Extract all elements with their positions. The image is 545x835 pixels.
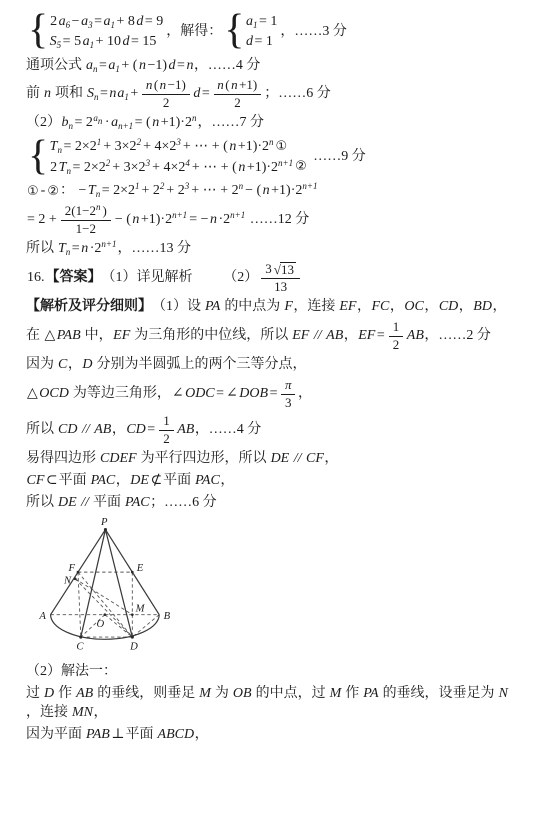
geometry-figure-wrap: P A B F E N M O C D (36, 515, 529, 660)
fraction-numerator: π (281, 378, 295, 395)
text-run: ，……7 分 (197, 114, 264, 133)
line-plane-subset-step: CF⊂平面 PAC，DE⊄平面 PAC， (26, 472, 529, 491)
label-O: O (96, 619, 104, 630)
subscript: n (66, 247, 71, 257)
line-bn-formula: （2）bn= 2an·an+1= (n+1)·2n，……7 分 (26, 114, 529, 133)
math-variable: PAB (86, 726, 111, 745)
text-run: （1）详见解析 (102, 269, 193, 288)
superscript: 2 (106, 158, 111, 168)
line-tn-result: 所以 Tn=n·2n+1，……13 分 (26, 240, 529, 259)
math-variable: a1 (117, 85, 130, 104)
text-run: 平面 (93, 494, 125, 513)
math-operator: + 10 (95, 32, 122, 52)
math-operator: + ⋯ + ( (191, 158, 238, 178)
math-variable: a6 (58, 12, 71, 32)
fraction: n(n−1)2 (142, 78, 190, 111)
cases-rows: 2a6−a3=a1+ 8d= 9S5= 5a1+ 10d= 15 (49, 12, 164, 53)
math-variable: Tn (58, 158, 71, 178)
line-subtract-line: ①-②： −Tn= 2×21+ 22+ 23+ ⋯ + 2n− (n+1)·2n… (26, 182, 529, 201)
math-operator: + 22 (140, 182, 165, 201)
math-operator: +1)·2n+1 (140, 211, 188, 230)
subscript: 1 (253, 20, 258, 30)
math-operator: ·2n+1 (217, 211, 246, 230)
math-variable: n (44, 85, 52, 104)
math-operator: 2 (392, 338, 401, 353)
line-cd-parallel-step: 所以 CD // AB，CD=12AB，……4 分 (26, 414, 529, 447)
text-run: ；……6 分 (150, 494, 217, 513)
math-variable: n (132, 211, 140, 230)
line-analysis-intro: 【解析及评分细则】（1）设 PA 的中点为 F，连接 EF，FC，OC，CD，B… (26, 298, 529, 317)
label-A: A (38, 612, 46, 623)
math-variable: n (217, 78, 225, 93)
math-variable: // (78, 421, 94, 440)
math-operator: +1)·2n+1 (246, 158, 294, 178)
text-run: 易得四边形 (26, 450, 100, 469)
fraction: 2(1−2n)1−2 (61, 204, 111, 237)
text-run: 所以 (26, 240, 58, 259)
fraction: 3√1313 (261, 262, 300, 296)
math-operator: = (269, 385, 279, 404)
math-variable: CD (438, 298, 458, 317)
fraction-numerator: 2(1−2n) (61, 204, 111, 221)
superscript: n+1 (172, 210, 187, 220)
label-N: N (63, 576, 72, 587)
math-operator: · (104, 114, 111, 133)
text-run: 中， (81, 327, 113, 346)
bold-text-run: 【解析及评分细则】 (26, 298, 152, 317)
math-operator: + 3×22 (102, 137, 142, 157)
fraction-denominator: 3 (284, 395, 293, 411)
text-run: 的垂线，则垂足 (94, 685, 199, 704)
fraction-denominator: 2 (162, 95, 171, 111)
math-variable: OB (232, 685, 252, 704)
subscript: n (69, 121, 74, 131)
math-operator: = (176, 57, 186, 76)
fraction: 12 (389, 320, 404, 353)
superscript: 3 (185, 181, 190, 191)
math-operator: − (74, 182, 87, 201)
math-variable: n (138, 57, 146, 76)
left-brace: { (28, 11, 48, 51)
math-variable: a1 (103, 12, 116, 32)
text-run: ……9 分 (310, 148, 366, 167)
line-parallelogram-step: 易得四边形 CDEF 为平行四边形，所以 DE // CF， (26, 450, 529, 469)
math-operator: = ( (134, 114, 152, 133)
math-operator: + 8 (115, 12, 135, 32)
text-run: ， (424, 298, 438, 317)
math-variable: n (231, 78, 239, 93)
fraction: n(n+1)2 (214, 78, 262, 111)
superscript: n (269, 137, 274, 147)
math-variable: DOB (239, 385, 269, 404)
fraction-numerator: n(n−1) (142, 78, 190, 95)
math-operator: = (71, 240, 81, 259)
math-variable: // (290, 450, 306, 469)
math-variable: AB (406, 327, 424, 346)
superscript: n (192, 113, 197, 123)
fraction-numerator: n(n+1) (214, 78, 262, 95)
math-variable: n (152, 114, 160, 133)
math-operator: + ( (120, 57, 138, 76)
text-run: ， (94, 704, 108, 723)
text-run: 通项公式 (26, 57, 86, 76)
subscript: n (57, 145, 62, 155)
math-variable: PAC (124, 494, 150, 513)
text-run: 作 (342, 685, 363, 704)
text-run: 为 (211, 685, 232, 704)
text-run: ，……4 分 (195, 421, 262, 440)
label-P: P (100, 518, 108, 529)
fraction-denominator: 2 (392, 337, 401, 353)
text-run: 为三角形的中位线，所以 (131, 327, 292, 346)
math-operator: 16. (26, 269, 46, 288)
math-variable: n (209, 211, 217, 230)
math-variable: an+1 (111, 114, 134, 133)
math-operator: 2 (49, 158, 58, 178)
text-run: 因为 (26, 356, 58, 375)
math-operator: = 2×21 (62, 137, 102, 157)
math-operator: +1) (238, 78, 258, 93)
label-F: F (67, 563, 75, 574)
math-variable: N (498, 685, 508, 704)
math-operator: 2 (233, 96, 242, 111)
fraction-denominator: 13 (273, 279, 288, 295)
superscript: n+1 (101, 239, 116, 249)
text-run: 因为平面 (26, 726, 86, 745)
math-operator: +1)·2n (160, 114, 198, 133)
math-operator: −1) (167, 78, 187, 93)
label-B: B (164, 612, 171, 623)
math-operator: = 2×22 (71, 158, 111, 178)
math-variable: M (329, 685, 342, 704)
math-variable: d (136, 12, 144, 32)
math-variable: DE (130, 472, 150, 491)
superscript: n+1 (302, 181, 317, 191)
math-variable: AB (326, 327, 344, 346)
solution-steps-bottom: （2）解法一：过 D 作 AB 的垂线，则垂足 M 为 OB 的中点，过 M 作… (26, 663, 529, 745)
superscript: n (96, 202, 101, 212)
text-run: ……12 分 (246, 211, 309, 230)
radicand: 13 (280, 262, 296, 277)
text-run: ；……6 分 (264, 85, 331, 104)
line-part2-method: （2）解法一： (26, 663, 529, 682)
math-operator: = 15 (130, 32, 157, 52)
subscript: n (98, 116, 103, 126)
text-run: 的中点，过 (252, 685, 329, 704)
cases-group: {a1= 1d= 1 (224, 12, 278, 53)
label-E: E (136, 563, 144, 574)
text-run: 平面 (163, 472, 195, 491)
left-brace: { (28, 137, 48, 177)
math-operator: △ (44, 327, 57, 346)
subscript: 5 (57, 40, 62, 50)
subscript: n (66, 166, 71, 176)
subscript: n (94, 92, 99, 102)
math-variable: // (310, 327, 326, 346)
math-variable: CD (58, 421, 78, 440)
math-variable: ABCD (157, 726, 195, 745)
math-variable: PA (363, 685, 379, 704)
subscript: n (96, 189, 101, 199)
math-variable: BD (473, 298, 493, 317)
cases-row: 2Tn= 2×22+ 3×23+ 4×24+ ⋯ + (n+1)·2n+1② (49, 158, 308, 178)
text-run: 平面 (126, 726, 158, 745)
math-operator: ⊂ (45, 472, 59, 491)
math-operator: = (376, 327, 386, 346)
math-variable: AB (94, 421, 112, 440)
math-operator: 1 (392, 320, 401, 335)
math-operator: = 2 + (26, 211, 58, 230)
text-run: ，……13 分 (117, 240, 191, 259)
text-run: 所以 (26, 494, 58, 513)
fraction-numerator: 1 (389, 320, 404, 337)
math-variable: a1 (82, 32, 95, 52)
subscript: 1 (115, 64, 120, 74)
cases-group: {Tn= 2×21+ 3×22+ 4×23+ ⋯ + (n+1)·2n①2Tn=… (28, 137, 308, 178)
math-variable: n (109, 85, 117, 104)
superscript: n (239, 181, 244, 191)
fraction-numerator: 3√13 (261, 262, 300, 280)
math-operator: ⊥ (110, 726, 125, 745)
math-operator: 2 (162, 96, 171, 111)
math-operator: = (215, 385, 225, 404)
math-variable: FC (371, 298, 390, 317)
figure-labels: P A B F E N M O C D (38, 518, 170, 653)
math-variable: Tn (87, 182, 100, 201)
math-variable: M (199, 685, 212, 704)
math-variable: EF (339, 298, 357, 317)
text-run: ， (357, 298, 371, 317)
text-run: 平面 (59, 472, 91, 491)
math-variable: a1 (108, 57, 121, 76)
math-variable: CD (126, 421, 146, 440)
math-operator: −1) (146, 57, 168, 76)
line-partial-sum: 前 n 项和 Sn=na1+n(n−1)2d=n(n+1)2；……6 分 (26, 78, 529, 111)
text-run: （1）设 (152, 298, 205, 317)
math-operator: + 4×24 (151, 158, 191, 178)
text-run: 所以 (26, 421, 58, 440)
math-operator: − ( (114, 211, 132, 230)
cases-row: 2a6−a3=a1+ 8d= 9 (49, 12, 164, 32)
text-run: ， (324, 450, 338, 469)
math-operator: ∠ (171, 385, 185, 404)
math-variable: D (82, 356, 93, 375)
math-variable: ODC (185, 385, 216, 404)
math-operator: 1−2 (75, 222, 97, 237)
math-variable: a3 (81, 12, 94, 32)
line-de-parallel-conclusion: 所以 DE // 平面 PAC；……6 分 (26, 494, 529, 513)
math-variable: n (186, 57, 194, 76)
math-variable: CF (306, 450, 325, 469)
square-root: √13 (274, 262, 296, 278)
math-variable: EF (292, 327, 310, 346)
text-run: ， (68, 356, 82, 375)
math-operator: ·2n+1 (89, 240, 118, 259)
geometry-figure: P A B F E N M O C D (36, 515, 176, 655)
math-variable: S5 (49, 32, 62, 52)
cases-rows: Tn= 2×21+ 3×22+ 4×23+ ⋯ + (n+1)·2n①2Tn= … (49, 137, 308, 178)
math-operator: − (71, 12, 81, 32)
subscript: 6 (66, 20, 71, 30)
math-variable: // (77, 494, 93, 513)
math-operator: + (129, 85, 139, 104)
math-operator: = 5 (62, 32, 82, 52)
cases-row: d= 1 (245, 32, 278, 52)
math-variable: PA (205, 298, 221, 317)
text-run: ， (195, 726, 209, 745)
math-variable: EF (358, 327, 376, 346)
text-run: ，……4 分 (194, 57, 261, 76)
line-general-term: 通项公式 an=a1+ (n−1)d=n，……4 分 (26, 57, 529, 76)
circled-number: ① (26, 183, 40, 201)
math-variable: n (81, 240, 89, 259)
math-operator: = 9 (144, 12, 164, 32)
fraction: π3 (281, 378, 295, 411)
text-run: 分别为半圆弧上的两个三等分点， (93, 356, 307, 375)
math-variable: CDEF (100, 450, 138, 469)
math-variable: PAC (90, 472, 116, 491)
math-variable: CF (26, 472, 45, 491)
math-operator: +1)·2n (237, 137, 275, 157)
fraction-denominator: 1−2 (75, 221, 97, 237)
solution-steps-top: {2a6−a3=a1+ 8d= 9S5= 5a1+ 10d= 15，解得：{a1… (26, 11, 529, 512)
circled-number: ② (294, 158, 308, 177)
math-operator: = − (188, 211, 209, 230)
math-variable: n (238, 158, 246, 178)
subscript: 1 (90, 40, 95, 50)
text-run: ： (60, 182, 74, 201)
math-operator: = (146, 421, 156, 440)
math-operator: 13 (273, 280, 288, 295)
label-M: M (135, 604, 146, 615)
cases-row: Tn= 2×21+ 3×22+ 4×23+ ⋯ + (n+1)·2n① (49, 137, 308, 157)
text-run: 为平行四边形，所以 (137, 450, 270, 469)
text-run: （2） (26, 114, 61, 133)
math-variable: Tn (49, 137, 62, 157)
text-run: ， (390, 298, 404, 317)
text-run: 项和 (52, 85, 87, 104)
math-variable: bn (61, 114, 74, 133)
math-operator: + 4×23 (142, 137, 182, 157)
text-run: ，解得： (166, 23, 222, 42)
subscript: 1 (110, 20, 115, 30)
math-operator: = 1 (253, 32, 273, 52)
math-variable: π (284, 378, 292, 393)
text-run: 的中点为 (221, 298, 284, 317)
math-variable: d (245, 32, 253, 52)
math-variable: a1 (245, 12, 258, 32)
solution-document: {2a6−a3=a1+ 8d= 9S5= 5a1+ 10d= 15，解得：{a1… (0, 0, 545, 835)
math-variable: C (58, 356, 68, 375)
superscript: 1 (135, 181, 140, 191)
math-variable: MN (72, 704, 94, 723)
text-run: 的垂线，设垂足为 (379, 685, 498, 704)
math-operator: = (99, 85, 109, 104)
math-variable: DE (58, 494, 78, 513)
math-operator: +1)·2n+1 (270, 182, 318, 201)
math-variable: OCD (39, 385, 70, 404)
text-run: ， (298, 385, 312, 404)
math-variable: d (122, 32, 130, 52)
superscript: an (93, 113, 103, 123)
text-run: （2）解法一： (26, 663, 117, 682)
math-variable: OC (404, 298, 424, 317)
label-D: D (129, 642, 138, 653)
superscript: 2 (137, 137, 142, 147)
line-trisection-step: 因为 C，D 分别为半圆弧上的两个三等分点， (26, 356, 529, 375)
math-operator: 3 (284, 396, 293, 411)
math-variable: F (284, 298, 294, 317)
cases-rows: a1= 1d= 1 (245, 12, 278, 53)
math-variable: AB (177, 421, 195, 440)
math-variable: AB (76, 685, 94, 704)
text-run: ，……2 分 (424, 327, 491, 346)
math-operator: - (40, 182, 47, 201)
math-operator: = (98, 57, 108, 76)
circled-number: ② (46, 183, 60, 201)
superscript: 1 (97, 137, 102, 147)
text-run: ， (492, 298, 506, 317)
subscript: 3 (88, 20, 93, 30)
text-run: ， (344, 327, 358, 346)
math-operator: ∠ (225, 385, 239, 404)
line-midline-step: 在 △PAB 中，EF 为三角形的中位线，所以 EF // AB，EF=12AB… (26, 320, 529, 353)
math-variable: n (262, 182, 270, 201)
line-equilateral-step: △OCD 为等边三角形，∠ODC=∠DOB=π3， (26, 378, 529, 411)
bold-text-run: 【答案】 (46, 269, 102, 288)
math-operator: △ (26, 385, 39, 404)
subscript: 1 (124, 92, 129, 102)
math-operator: ) (101, 204, 107, 219)
text-run: ，……3 分 (280, 23, 347, 42)
line-system-initial: {2a6−a3=a1+ 8d= 9S5= 5a1+ 10d= 15，解得：{a1… (26, 11, 529, 54)
math-variable: EF (113, 327, 131, 346)
text-run: 过 (26, 685, 44, 704)
math-operator: + 23 (165, 182, 190, 201)
math-operator: ⊄ (149, 472, 163, 491)
math-variable: n (145, 78, 153, 93)
subscript: n (93, 64, 98, 74)
math-operator: 3 (264, 262, 273, 277)
line-tn-system: {Tn= 2×21+ 3×22+ 4×23+ ⋯ + (n+1)·2n①2Tn=… (26, 136, 529, 179)
superscript: 3 (146, 158, 151, 168)
math-operator: 2 (162, 432, 171, 447)
math-variable: PAB (56, 327, 81, 346)
line-tn-evaluate: = 2 +2(1−2n)1−2− (n+1)·2n+1= −n·2n+1 ……1… (26, 204, 529, 237)
superscript: 2 (160, 181, 165, 191)
text-run: ， (220, 472, 234, 491)
line-plane-perpendicular: 因为平面 PAB⊥平面 ABCD， (26, 726, 529, 745)
math-operator: = 2×21 (101, 182, 141, 201)
math-variable: d (168, 57, 176, 76)
text-run: 为等边三角形， (69, 385, 171, 404)
fraction-denominator: 2 (233, 95, 242, 111)
math-operator: + 3×23 (111, 158, 151, 178)
text-run: ，连接 (293, 298, 339, 317)
left-brace: { (224, 11, 244, 51)
text-run: 作 (55, 685, 76, 704)
math-variable: n (229, 137, 237, 157)
fraction: 12 (159, 414, 174, 447)
math-operator: − ( (244, 182, 262, 201)
math-variable: d (193, 85, 201, 104)
math-operator: 2(1−2n (64, 204, 102, 219)
superscript: 3 (176, 137, 181, 147)
label-C: C (76, 642, 84, 653)
math-variable: an (93, 113, 103, 123)
math-variable: DE (270, 450, 290, 469)
text-run: （2） (223, 269, 258, 288)
